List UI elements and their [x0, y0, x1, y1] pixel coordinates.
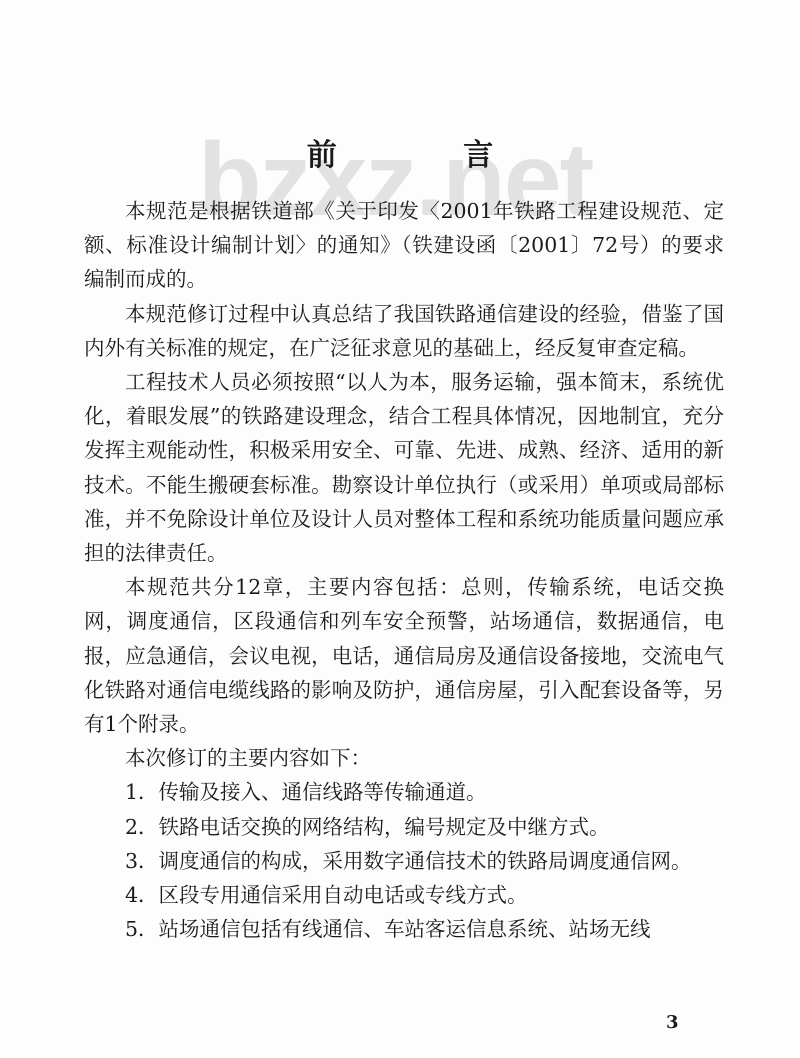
- paragraph-engineering-principles: 工程技术人员必须按照“以人为本，服务运输，强本简末，系统优化，着眼发展”的铁路建…: [84, 365, 724, 570]
- page-number: 3: [666, 1012, 679, 1033]
- paragraph-basis: 本规范是根据铁道部《关于印发〈2001年铁路工程建设规范、定额、标准设计编制计划…: [84, 194, 724, 297]
- list-item-1: 1．传输及接入、通信线路等传输通道。: [84, 775, 724, 809]
- paragraph-revision-intro: 本次修订的主要内容如下：: [84, 741, 724, 775]
- paragraph-contents-overview: 本规范共分12章，主要内容包括：总则，传输系统，电话交换网，调度通信，区段通信和…: [84, 570, 724, 741]
- list-item-2: 2．铁路电话交换的网络结构，编号规定及中继方式。: [84, 810, 724, 844]
- paragraph-revision-process: 本规范修订过程中认真总结了我国铁路通信建设的经验，借鉴了国内外有关标准的规定，在…: [84, 297, 724, 365]
- list-item-4: 4．区段专用通信采用自动电话或专线方式。: [84, 878, 724, 912]
- body-text: 本规范是根据铁道部《关于印发〈2001年铁路工程建设规范、定额、标准设计编制计划…: [84, 194, 724, 946]
- page-title: 前 言: [0, 138, 800, 174]
- list-item-3: 3．调度通信的构成，采用数字通信技术的铁路局调度通信网。: [84, 844, 724, 878]
- document-page: bzxz.net 前 言 本规范是根据铁道部《关于印发〈2001年铁路工程建设规…: [0, 0, 800, 1058]
- list-item-5: 5．站场通信包括有线通信、车站客运信息系统、站场无线: [84, 912, 724, 946]
